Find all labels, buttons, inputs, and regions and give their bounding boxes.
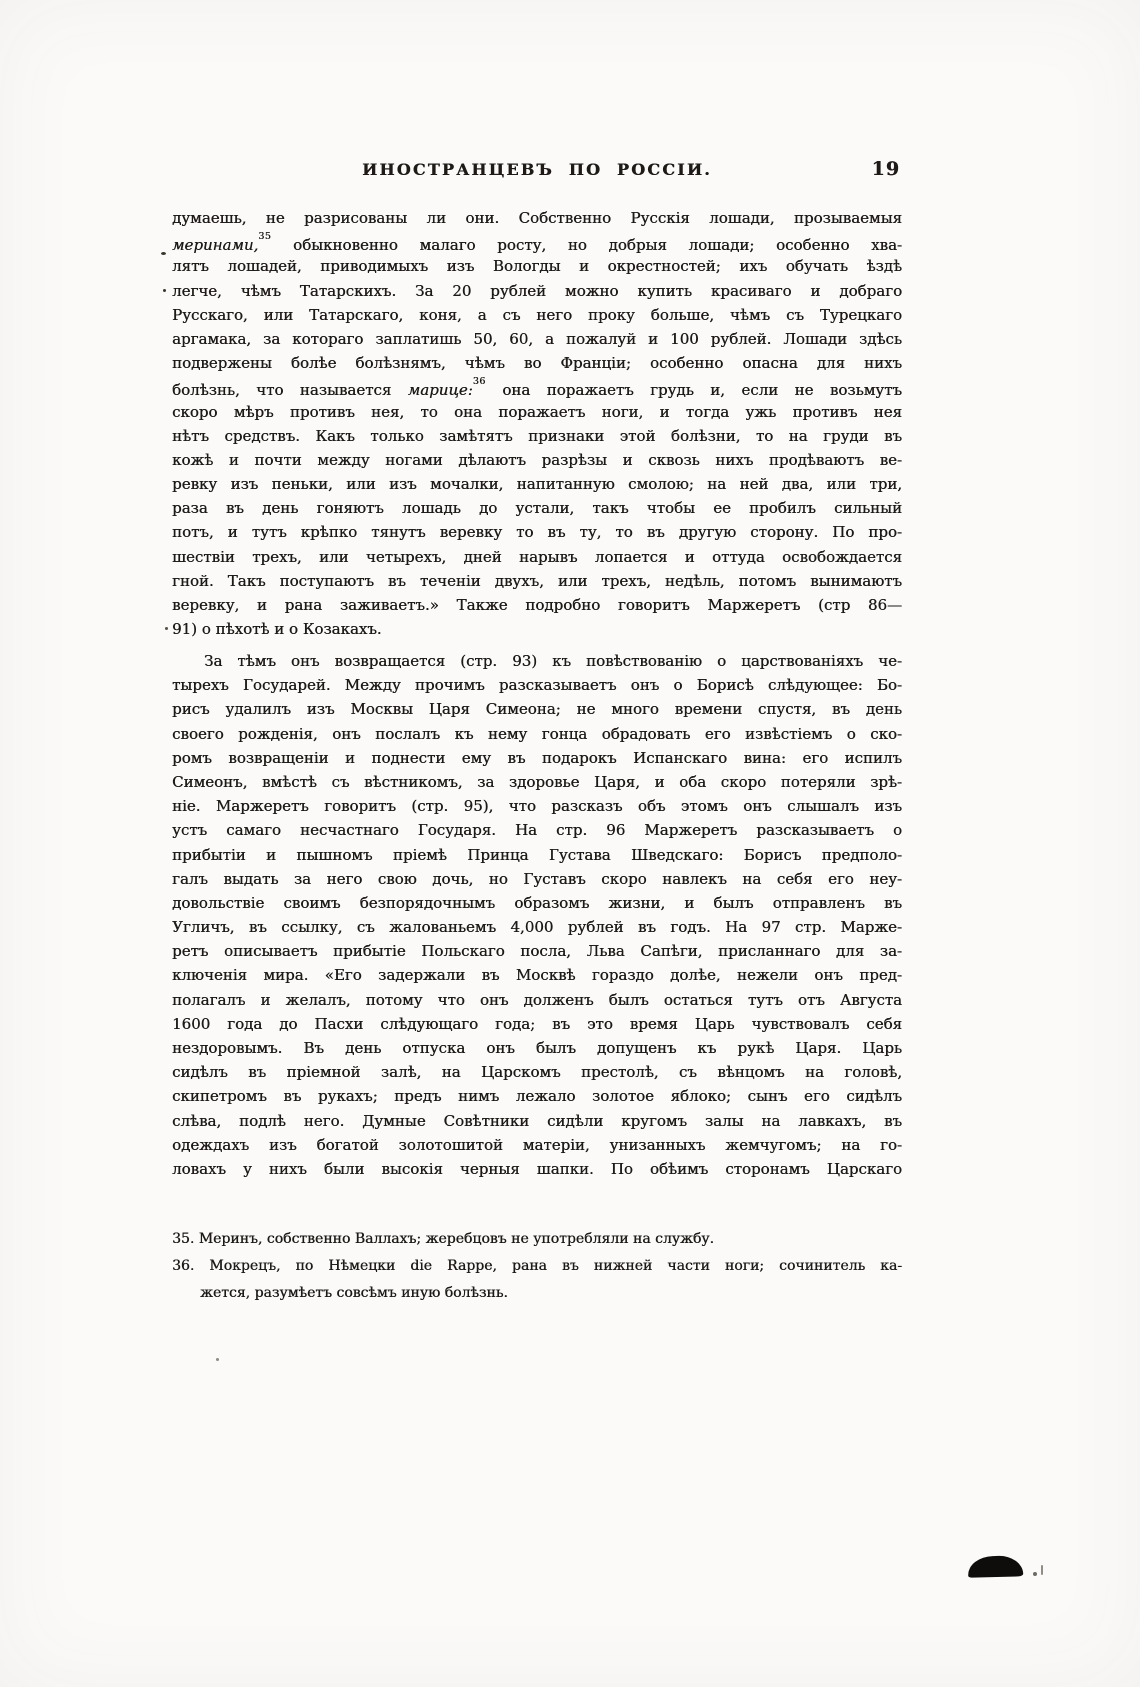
text-line: гной. Такъ поступаютъ въ теченіи двухъ, …: [172, 569, 902, 593]
book-page: ИНОСТРАНЦЕВЪ ПО РОССІИ. 19 думаешь, не р…: [0, 0, 1140, 1687]
text-line: ретъ описываетъ прибытіе Польскаго посла…: [172, 939, 902, 963]
italic-term: марице:: [408, 381, 473, 399]
text-line: ключенія мира. «Его задержали въ Москвѣ …: [172, 963, 902, 987]
scan-speck: [216, 1358, 219, 1361]
text-line: думаешь, не разрисованы ли они. Собствен…: [172, 206, 902, 230]
text-line: скипетромъ въ рукахъ; предъ нимъ лежало …: [172, 1084, 902, 1108]
ink-blot-artifact: [968, 1555, 1024, 1577]
text-line: ромъ возвращеніи и поднести ему въ подар…: [172, 746, 902, 770]
text-line: болѣзнь, что называется марице:36 она по…: [172, 375, 902, 399]
scan-speck: [1033, 1572, 1037, 1576]
scan-speck: [165, 627, 168, 630]
text-line: подвержены болѣе болѣзнямъ, чѣмъ во Фран…: [172, 351, 902, 375]
text-line: аргамака, за котораго заплатишь 50, 60, …: [172, 327, 902, 351]
text-line: ніе. Маржеретъ говоритъ (стр. 95), что р…: [172, 794, 902, 818]
text-line: скоро мѣръ противъ нея, то она поражаетъ…: [172, 400, 902, 424]
paragraph-boris-godunov: За тѣмъ онъ возвращается (стр. 93) къ по…: [172, 649, 902, 1181]
text-line: раза въ день гоняютъ лошадь до устали, т…: [172, 496, 902, 520]
footnotes-block: 35. Меринъ, собственно Валлахъ; жеребцов…: [172, 1226, 902, 1307]
scan-speck: [161, 252, 166, 255]
text-line: жется, разумѣетъ совсѣмъ иную болѣзнь.: [172, 1280, 902, 1307]
text-line: 91) о пѣхотѣ и о Козакахъ.: [172, 617, 902, 641]
scan-speck: [163, 289, 166, 292]
text-line: довольствіе своимъ безпорядочнымъ образо…: [172, 891, 902, 915]
footnote-35: 35. Меринъ, собственно Валлахъ; жеребцов…: [172, 1226, 902, 1253]
text-line: 35. Меринъ, собственно Валлахъ; жеребцов…: [172, 1226, 902, 1253]
text-line: прибытіи и пышномъ пріемѣ Принца Густава…: [172, 843, 902, 867]
text-line: веревку, и рана заживаетъ.» Также подроб…: [172, 593, 902, 617]
text-line: За тѣмъ онъ возвращается (стр. 93) къ по…: [172, 649, 902, 673]
text-line: нездоровымъ. Въ день отпуска онъ былъ до…: [172, 1036, 902, 1060]
text-line: галъ выдать за него свою дочь, но Густав…: [172, 867, 902, 891]
text-line: Симеонъ, вмѣстѣ съ вѣстникомъ, за здоров…: [172, 770, 902, 794]
text-line: легче, чѣмъ Татарскихъ. За 20 рублей мож…: [172, 279, 902, 303]
paragraph-horses: думаешь, не разрисованы ли они. Собствен…: [172, 206, 902, 641]
page-header: ИНОСТРАНЦЕВЪ ПО РОССІИ. 19: [172, 160, 902, 186]
page-number: 19: [872, 158, 900, 180]
text-line: меринами,35 обыкновенно малаго росту, но…: [172, 230, 902, 254]
text-line: ревку изъ пеньки, или изъ мочалки, напит…: [172, 472, 902, 496]
footnote-ref: 36: [473, 376, 486, 387]
running-title: ИНОСТРАНЦЕВЪ ПО РОССІИ.: [172, 160, 902, 179]
scan-speck: [1041, 1565, 1043, 1575]
text-line: слѣва, подлѣ него. Думные Совѣтники сидѣ…: [172, 1109, 902, 1133]
text-line: Угличъ, въ ссылку, съ жалованьемъ 4,000 …: [172, 915, 902, 939]
text-line: ловахъ у нихъ были высокія черныя шапки.…: [172, 1157, 902, 1181]
footnote-ref: 35: [258, 231, 271, 242]
text-line: лятъ лошадей, приводимыхъ изъ Вологды и …: [172, 254, 902, 278]
text-line: рисъ удалилъ изъ Москвы Царя Симеона; не…: [172, 697, 902, 721]
text-line: шествіи трехъ, или четырехъ, дней нарывъ…: [172, 545, 902, 569]
text-line: устъ самаго несчастнаго Государя. На стр…: [172, 818, 902, 842]
text-line: полагалъ и желалъ, потому что онъ должен…: [172, 988, 902, 1012]
text-line: 1600 года до Пасхи слѣдующаго года; въ э…: [172, 1012, 902, 1036]
text-line: кожѣ и почти между ногами дѣлаютъ разрѣз…: [172, 448, 902, 472]
text-line: 36. Мокрецъ, по Нѣмецки die Rappe, рана …: [172, 1253, 902, 1280]
text-line: одеждахъ изъ богатой золотошитой матеріи…: [172, 1133, 902, 1157]
text-line: Русскаго, или Татарскаго, коня, а съ нег…: [172, 303, 902, 327]
text-line: своего рожденія, онъ послалъ къ нему гон…: [172, 722, 902, 746]
italic-term: меринами,: [172, 236, 258, 254]
text-line: потъ, и тутъ крѣпко тянутъ веревку то въ…: [172, 520, 902, 544]
text-line: сидѣлъ въ пріемной залѣ, на Царскомъ пре…: [172, 1060, 902, 1084]
text-line: тырехъ Государей. Между прочимъ разсказы…: [172, 673, 902, 697]
footnote-36: 36. Мокрецъ, по Нѣмецки die Rappe, рана …: [172, 1253, 902, 1307]
text-line: нѣтъ средствъ. Какъ только замѣтятъ приз…: [172, 424, 902, 448]
